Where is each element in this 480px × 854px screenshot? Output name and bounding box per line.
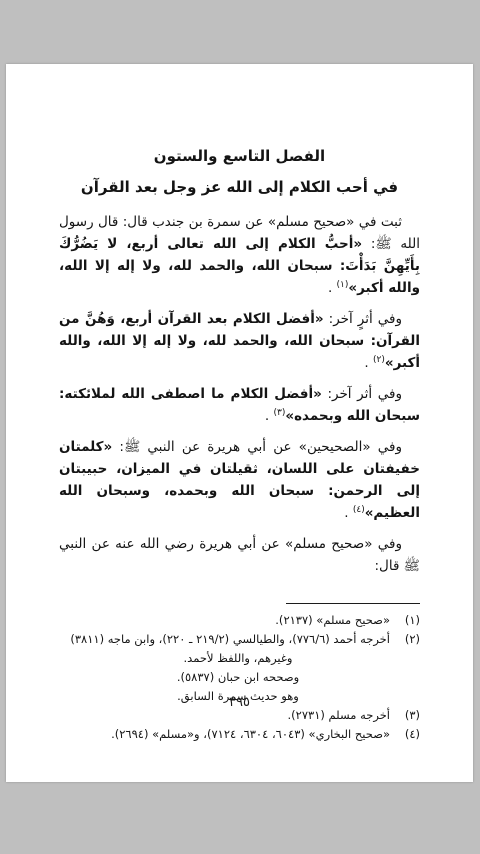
- footnote-separator-line: [286, 603, 420, 604]
- paragraph-2: وفي أثرٍ آخر: «أفضل الكلام بعد القرآن أر…: [59, 308, 420, 374]
- footnote-number: (٢): [390, 630, 420, 649]
- footnotes-section: (١) «صحيح مسلم» (٢١٣٧). (٢) أخرجه أحمد (…: [56, 611, 420, 744]
- chapter-subtitle: في أحب الكلام إلى الله عز وجل بعد القرآن: [6, 177, 473, 197]
- footnote-2: (٢) أخرجه أحمد (٧٧٦/٦)، والطيالسي (٢١٩/٢…: [56, 630, 420, 649]
- body-text: ثبت في «صحيح مسلم» عن سمرة بن جندب قال: …: [59, 211, 420, 577]
- footnote-1: (١) «صحيح مسلم» (٢١٣٧).: [56, 611, 420, 630]
- narration-text: وفي أثرٍ آخر:: [324, 311, 402, 327]
- paragraph-4: وفي «الصحيحين» عن أبي هريرة عن النبي ﷺ: …: [59, 436, 420, 524]
- footnote-2-continuation: وغيرهم، واللفظ لأحمد.: [56, 649, 420, 668]
- footnote-marker-4: (٤): [353, 505, 365, 515]
- book-page: الفصل التاسع والستون في أحب الكلام إلى ا…: [6, 64, 473, 782]
- paragraph-3: وفي أثر آخر: «أفضل الكلام ما اصطفى الله …: [59, 383, 420, 427]
- narration-text: وفي «الصحيحين» عن أبي هريرة عن النبي ﷺ:: [112, 439, 402, 455]
- sentence-end: .: [328, 280, 337, 296]
- footnote-number: (١): [390, 611, 420, 630]
- chapter-title: الفصل التاسع والستون: [6, 146, 473, 166]
- footnote-marker-1: (١): [337, 280, 349, 290]
- paragraph-1: ثبت في «صحيح مسلم» عن سمرة بن جندب قال: …: [59, 211, 420, 299]
- paragraph-5: وفي «صحيح مسلم» عن أبي هريرة رضي الله عن…: [59, 533, 420, 577]
- sentence-end: .: [344, 505, 353, 521]
- page-number: ٣٩٥: [6, 695, 473, 710]
- footnote-text: «صحيح البخاري» (٦٠٤٣، ٦٣٠٤، ٧١٢٤)، و«مسل…: [56, 725, 390, 744]
- footnote-2-continuation: وصححه ابن حبان (٥٨٣٧).: [56, 668, 420, 687]
- narration-text: وفي أثر آخر:: [322, 386, 402, 402]
- footnote-marker-2: (٢): [373, 355, 385, 365]
- narration-text: وفي «صحيح مسلم» عن أبي هريرة رضي الله عن…: [59, 536, 420, 574]
- footnote-4: (٤) «صحيح البخاري» (٦٠٤٣، ٦٣٠٤، ٧١٢٤)، و…: [56, 725, 420, 744]
- document-viewer[interactable]: الفصل التاسع والستون في أحب الكلام إلى ا…: [0, 0, 480, 854]
- sentence-end: .: [364, 355, 373, 371]
- footnote-marker-3: (٣): [273, 408, 285, 418]
- footnote-text: أخرجه أحمد (٧٧٦/٦)، والطيالسي (٢١٩/٢ ـ ٢…: [56, 630, 390, 649]
- footnote-text: «صحيح مسلم» (٢١٣٧).: [56, 611, 390, 630]
- footnote-number: (٤): [390, 725, 420, 744]
- chapter-heading: الفصل التاسع والستون في أحب الكلام إلى ا…: [6, 64, 473, 197]
